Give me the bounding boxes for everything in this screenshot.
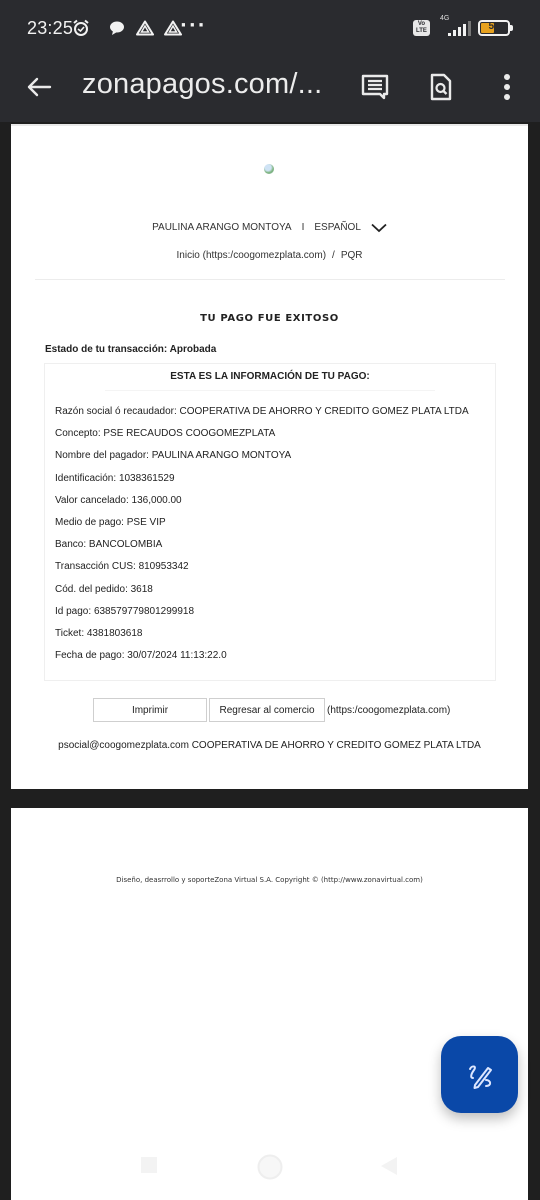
detail-value: BANCOLOMBIA (89, 539, 162, 550)
separator: I (302, 222, 305, 233)
breadcrumb-home-link[interactable]: Inicio (https:/coogomezplata.com) (177, 250, 327, 261)
user-bar: PAULINA ARANGO MONTOYA I ESPAÑOL (11, 222, 528, 233)
footer-page: Diseño, deasrrollo y soporteZona Virtual… (11, 808, 528, 1200)
detail-value: 136,000.00 (132, 495, 182, 506)
payment-result-page: PAULINA ARANGO MONTOYA I ESPAÑOL Inicio … (11, 124, 528, 789)
payment-detail-row: Cód. del pedido: 3618 (55, 584, 469, 606)
reader-mode-icon (360, 73, 390, 101)
merchant-url-text: (https:/coogomezplata.com) (327, 705, 450, 716)
breadcrumb-separator: / (332, 250, 335, 261)
user-name: PAULINA ARANGO MONTOYA (152, 222, 291, 233)
clock: 23:25 (27, 18, 73, 39)
payment-info-box: ESTA ES LA INFORMACIÓN DE TU PAGO: Razón… (44, 363, 496, 681)
action-row: Imprimir Regresar al comercio (https:/co… (93, 698, 450, 722)
contact-footer: psocial@coogomezplata.com COOPERATIVA DE… (11, 740, 528, 751)
payment-detail-row: Transacción CUS: 810953342 (55, 561, 469, 583)
detail-label: Transacción CUS (55, 561, 133, 572)
reader-mode-button[interactable] (358, 70, 392, 104)
status-bar: 23:25 ··· VoLTE 4G 51 (0, 0, 540, 58)
payment-details-list: Razón social ó recaudador: COOPERATIVA D… (55, 406, 469, 672)
chevron-down-icon (371, 223, 387, 233)
detail-label: Cód. del pedido (55, 584, 125, 595)
detail-label: Banco (55, 539, 83, 550)
detail-label: Concepto (55, 428, 98, 439)
payment-detail-row: Banco: BANCOLOMBIA (55, 539, 469, 561)
page-title: TU PAGO FUE EXITOSO (11, 313, 528, 324)
transaction-status: Estado de tu transacción: Aprobada (45, 344, 216, 355)
notification-icons (72, 19, 182, 37)
nav-back-button[interactable] (380, 1156, 398, 1180)
detail-value: 638579779801299918 (94, 606, 194, 617)
detail-label: Medio de pago (55, 517, 121, 528)
page-url-title[interactable]: zonapagos.com/... (82, 68, 322, 101)
language-label: ESPAÑOL (314, 222, 361, 233)
detail-value: 1038361529 (119, 473, 175, 484)
battery-icon: 51 (478, 20, 510, 36)
home-icon (257, 1154, 283, 1180)
chat-bubble-icon (108, 19, 126, 37)
detail-label: Identificación (55, 473, 113, 484)
detail-value: 810953342 (139, 561, 189, 572)
payment-detail-row: Id pago: 638579779801299918 (55, 606, 469, 628)
system-navigation-bar (0, 1148, 540, 1188)
payment-detail-row: Valor cancelado: 136,000.00 (55, 495, 469, 517)
detail-label: Valor cancelado (55, 495, 126, 506)
handwriting-pen-icon (465, 1060, 495, 1090)
divider (35, 279, 505, 280)
breadcrumb-pqr-link[interactable]: PQR (341, 250, 363, 261)
payment-detail-row: Concepto: PSE RECAUDOS COOGOMEZPLATA (55, 428, 469, 450)
detail-value: 4381803618 (87, 628, 143, 639)
detail-label: Razón social ó recaudador (55, 406, 174, 417)
drive-icon (136, 19, 154, 37)
volte-icon: VoLTE (413, 20, 430, 36)
arrow-left-icon (26, 76, 52, 98)
browser-toolbar: zonapagos.com/... (0, 58, 540, 122)
detail-value: 30/07/2024 11:13:22.0 (127, 650, 226, 661)
more-options-button[interactable] (490, 70, 524, 104)
detail-value: COOPERATIVA DE AHORRO Y CREDITO GOMEZ PL… (180, 406, 469, 417)
broken-logo-image (264, 164, 274, 174)
payment-detail-row: Nombre del pagador: PAULINA ARANGO MONTO… (55, 450, 469, 472)
find-in-page-button[interactable] (424, 70, 458, 104)
home-button[interactable] (257, 1154, 283, 1184)
language-selector[interactable]: ESPAÑOL (314, 222, 387, 233)
system-icons: VoLTE 4G 51 (413, 18, 510, 38)
detail-label: Fecha de pago (55, 650, 122, 661)
detail-value: PSE RECAUDOS COOGOMEZPLATA (103, 428, 275, 439)
detail-label: Nombre del pagador (55, 450, 146, 461)
signal-icon: 4G (436, 18, 472, 38)
back-icon (380, 1156, 398, 1176)
detail-label: Id pago (55, 606, 88, 617)
back-button[interactable] (24, 72, 54, 102)
find-in-page-icon (429, 72, 453, 102)
payment-detail-row: Fecha de pago: 30/07/2024 11:13:22.0 (55, 650, 469, 672)
payment-detail-row: Medio de pago: PSE VIP (55, 517, 469, 539)
detail-value: PAULINA ARANGO MONTOYA (152, 450, 291, 461)
divider (105, 390, 435, 391)
alarm-icon (72, 19, 90, 37)
detail-label: Ticket (55, 628, 81, 639)
return-to-merchant-button[interactable]: Regresar al comercio (209, 698, 325, 722)
payment-detail-row: Ticket: 4381803618 (55, 628, 469, 650)
payment-detail-row: Identificación: 1038361529 (55, 473, 469, 495)
payment-info-heading: ESTA ES LA INFORMACIÓN DE TU PAGO: (45, 371, 495, 382)
more-vert-icon (503, 73, 511, 101)
copyright-credit: Diseño, deasrrollo y soporteZona Virtual… (11, 876, 528, 884)
annotate-fab-button[interactable] (441, 1036, 518, 1113)
recents-button[interactable] (140, 1156, 158, 1178)
more-notifications-icon: ··· (180, 15, 207, 36)
payment-detail-row: Razón social ó recaudador: COOPERATIVA D… (55, 406, 469, 428)
breadcrumb: Inicio (https:/coogomezplata.com)/PQR (11, 250, 528, 261)
detail-value: 3618 (131, 584, 153, 595)
detail-value: PSE VIP (127, 517, 166, 528)
print-button[interactable]: Imprimir (93, 698, 207, 722)
recents-icon (140, 1156, 158, 1174)
